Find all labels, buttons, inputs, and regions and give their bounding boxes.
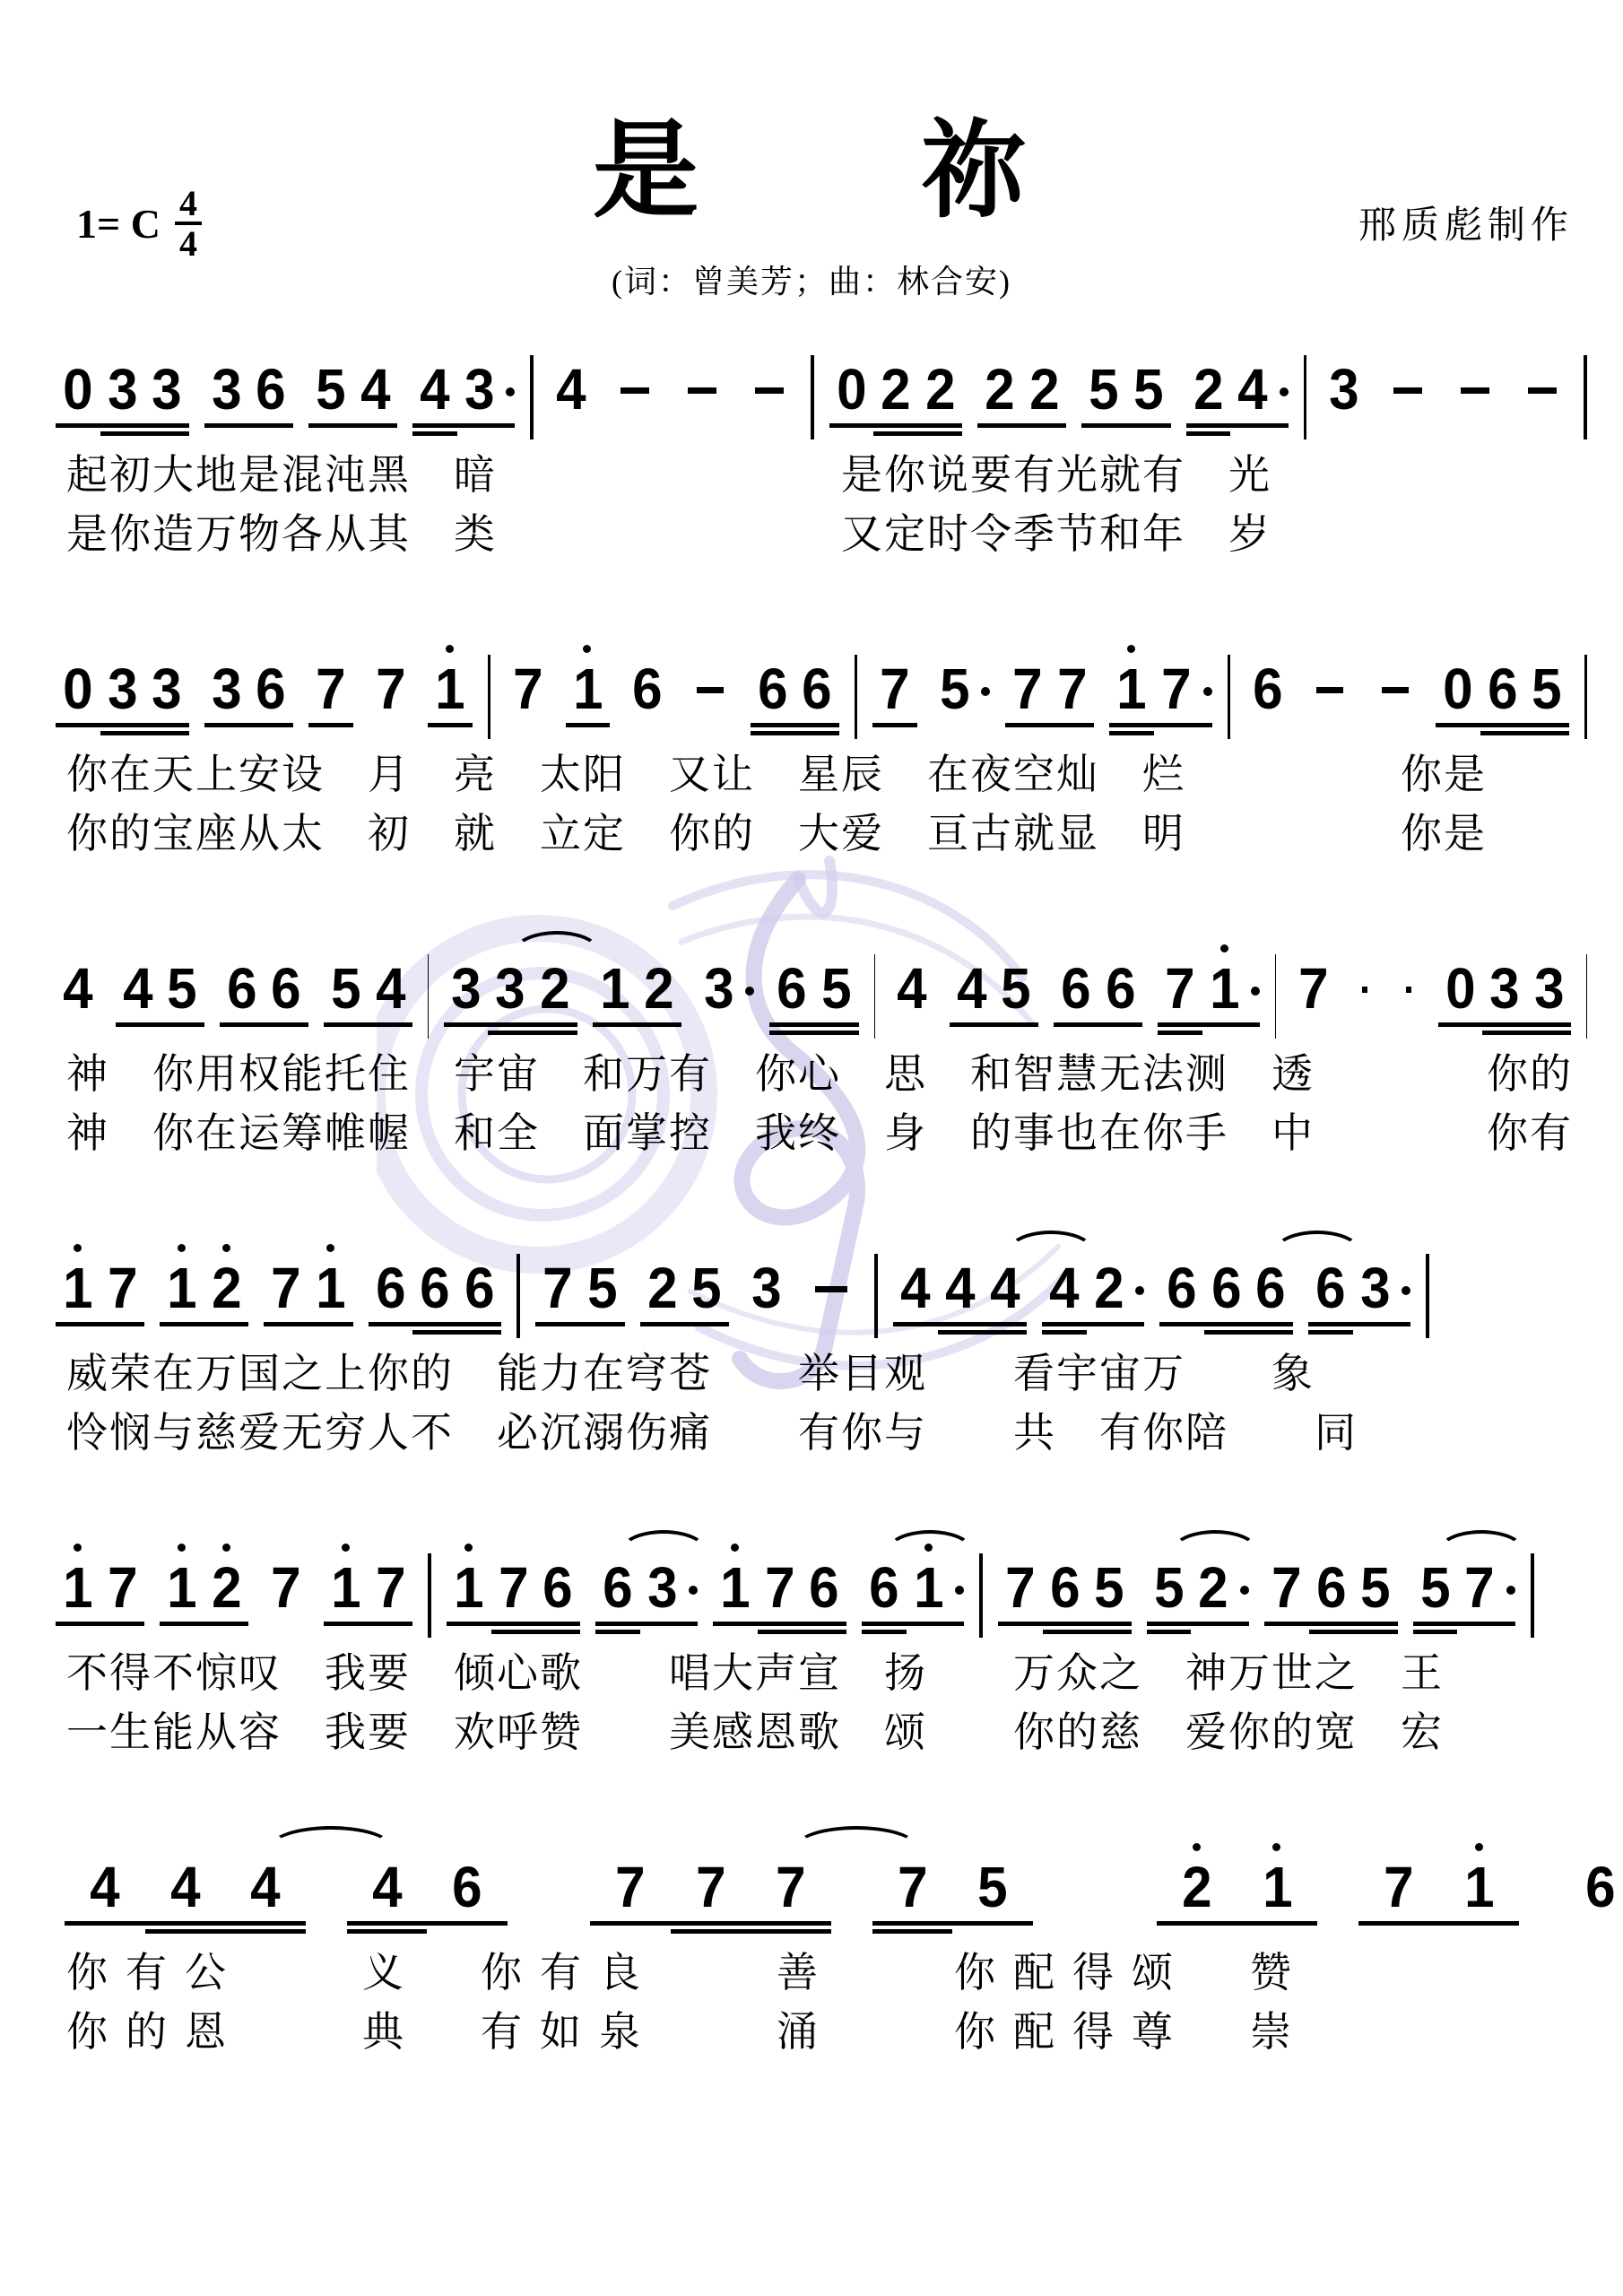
notation-line: 171271717663176617655276557 (56, 1521, 1587, 1643)
note-digit: 6 (1316, 1559, 1346, 1616)
beamed-note-group: 4 (549, 361, 594, 418)
beam-line-icon (1309, 1622, 1354, 1626)
note-digit: 6 (758, 660, 787, 717)
beamed-note-group: 332 (444, 960, 577, 1017)
note: 6 (1204, 1259, 1249, 1317)
note: 6 (264, 960, 308, 1017)
note: 6 (1098, 960, 1143, 1017)
dotted-note-icon (1280, 387, 1289, 396)
beam-line-icon (457, 1330, 502, 1335)
beam-line-icon (814, 1031, 859, 1035)
note: 4 (1042, 1259, 1087, 1317)
beam-line-icon (802, 1622, 846, 1626)
note: 1 (308, 1259, 353, 1317)
note-digit: 5 (940, 660, 969, 717)
note-digit: 2 (1199, 1559, 1228, 1616)
note-digit: 5 (1154, 1559, 1184, 1616)
beam-line-icon (100, 423, 145, 428)
beam-line-icon (1186, 431, 1231, 436)
beamed-note-group: 71 (1358, 1858, 1519, 1916)
beamed-note-group: 17 (324, 1559, 412, 1616)
duration-dash-icon (1382, 687, 1409, 693)
beamed-note-group: 5 (933, 660, 991, 717)
note: 4 (56, 960, 100, 1017)
note: 7 (100, 1259, 145, 1317)
note-digit: 4 (556, 361, 586, 418)
beam-line-icon (160, 1022, 204, 1027)
note-digit: 7 (376, 660, 405, 717)
barline-icon (428, 954, 429, 1039)
beam-line-icon (457, 1322, 502, 1326)
beamed-note-group: 17 (1109, 660, 1211, 717)
beam-line-icon (1054, 1022, 1098, 1027)
note-digit: 6 (632, 660, 662, 717)
note: 5 (933, 660, 991, 717)
note-digit: 6 (542, 1559, 572, 1616)
system-1: 03336544340222255243起初大地是混沌黑 暗 是你说要有光就有 … (56, 323, 1587, 563)
note: 7 (491, 1559, 536, 1616)
note-digit: 4 (1049, 1259, 1079, 1317)
note: 4 (65, 1858, 145, 1916)
note-digit: 3 (1489, 960, 1519, 1017)
note-digit: 2 (1182, 1858, 1211, 1916)
beam-line-icon (1237, 1921, 1318, 1926)
note-digit: 6 (376, 1259, 405, 1317)
duration-dash-icon (1316, 687, 1343, 693)
dotted-note-icon (1240, 1586, 1249, 1595)
beam-line-icon (308, 1322, 353, 1326)
note: 1 (428, 660, 473, 717)
beam-line-icon (56, 1322, 100, 1326)
note: 4 (893, 1259, 938, 1317)
time-numerator: 4 (175, 187, 202, 222)
note-digit: 1 (573, 660, 603, 717)
system-5: 171271717663176617655276557不得不惊叹 我要 倾心歌 … (56, 1521, 1587, 1761)
beam-line-icon (1202, 1022, 1261, 1027)
note-digit: 4 (250, 1858, 280, 1916)
notation-line: 03336771716667577176065 (56, 622, 1587, 744)
beam-line-icon (1159, 1322, 1204, 1326)
note-digit: 1 (63, 1259, 92, 1317)
note: 2 (977, 361, 1022, 418)
beamed-note-group: 43 (412, 361, 515, 418)
note-digit: 6 (869, 1559, 898, 1616)
beam-line-icon (872, 1921, 953, 1926)
beam-line-icon (144, 431, 189, 436)
lyrics-row-2: 怜悯与慈爱无穷人不 必沉溺伤痛 有你与 共 有你陪 同 (56, 1403, 1587, 1462)
note-digit: 6 (256, 660, 285, 717)
note-digit: 6 (777, 960, 806, 1017)
note: 7 (1264, 1559, 1309, 1616)
note-digit: 7 (1012, 660, 1042, 717)
beam-line-icon (1147, 1630, 1192, 1634)
beam-line-icon (428, 723, 473, 727)
note: 4 (145, 1858, 226, 1916)
beamed-note-group: 55 (1081, 361, 1170, 418)
dotted-note-icon (689, 1586, 698, 1595)
beam-line-icon (751, 731, 795, 735)
note-digit: 5 (1532, 660, 1561, 717)
beam-line-icon (100, 1322, 145, 1326)
beam-line-icon (264, 1322, 308, 1326)
note: 5 (324, 960, 369, 1017)
note-digit: 5 (821, 960, 851, 1017)
beamed-note-group: 7 (872, 660, 917, 717)
note-digit: 7 (765, 1559, 794, 1616)
beamed-note-group: 12 (593, 960, 681, 1017)
beamed-note-group: 4 (890, 960, 934, 1017)
note-digit: 2 (1193, 361, 1223, 418)
beam-line-icon (369, 1322, 413, 1326)
note-digit: 2 (212, 1259, 241, 1317)
note: 5 (994, 960, 1038, 1017)
note-digit: 7 (108, 1559, 137, 1616)
note-digit: 4 (170, 1858, 200, 1916)
beam-line-icon (144, 731, 189, 735)
note-digit: 7 (316, 660, 345, 717)
beam-line-icon (1480, 723, 1525, 727)
barline-icon (1426, 1254, 1429, 1338)
note: 7 (506, 660, 551, 717)
beam-line-icon (950, 1022, 994, 1027)
beamed-note-group: 033 (1438, 960, 1572, 1017)
note: 6 (248, 361, 293, 418)
beam-line-icon (751, 1921, 831, 1926)
note: 4 (353, 361, 398, 418)
beam-line-icon (369, 1622, 413, 1626)
beam-line-icon (862, 1630, 907, 1634)
beam-line-icon (457, 423, 516, 428)
beamed-note-group: 45 (950, 960, 1038, 1017)
beam-line-icon (1230, 423, 1289, 428)
beam-line-icon (580, 1322, 625, 1326)
beam-line-icon (1043, 1630, 1088, 1634)
note: 6 (769, 960, 814, 1017)
note-digit: 7 (1165, 960, 1194, 1017)
note: 6 (751, 660, 795, 717)
note-digit: 2 (925, 361, 955, 418)
lyrics-row-2: 你的恩 典 有如泉 涌 你配得尊 崇 (56, 2002, 1587, 2061)
note: 3 (100, 361, 145, 418)
beamed-note-group: 7 (369, 660, 413, 717)
note: 7 (1154, 660, 1212, 717)
barline-icon (488, 655, 490, 739)
beamed-note-group: 65 (769, 960, 858, 1017)
note-digit: 1 (167, 1259, 196, 1317)
notation-line: 03336544340222255243 (56, 323, 1587, 445)
time-signature: 4 4 (175, 187, 202, 261)
note-digit: 4 (90, 1858, 119, 1916)
beam-line-icon (447, 1622, 491, 1626)
note-digit: 6 (1585, 1858, 1615, 1916)
note-digit: 5 (167, 960, 196, 1017)
note: 7 (751, 1858, 831, 1916)
beamed-note-group: 7 (264, 1559, 308, 1616)
beamed-note-group: 17 (56, 1559, 144, 1616)
note: 7 (872, 660, 917, 717)
octave-dot-icon (583, 645, 591, 653)
beam-line-icon (56, 1622, 100, 1626)
note-digit: 7 (615, 1858, 645, 1916)
note-digit: 3 (1534, 960, 1564, 1017)
duration-dash-icon (1461, 387, 1489, 394)
note: 7 (369, 1559, 413, 1616)
beam-line-icon (1353, 1622, 1398, 1626)
beam-line-icon (873, 423, 918, 428)
note-digit: 4 (900, 1259, 930, 1317)
beam-line-icon (533, 1022, 577, 1027)
beam-line-icon (264, 1022, 308, 1027)
beam-line-icon (893, 1322, 938, 1326)
note-digit: 3 (1330, 361, 1359, 418)
beam-line-icon (100, 1622, 145, 1626)
note-digit: 1 (1464, 1858, 1494, 1916)
note: 5 (684, 1259, 729, 1317)
note-digit: 4 (957, 960, 986, 1017)
beam-line-icon (1087, 1622, 1132, 1626)
beam-line-icon (671, 1921, 751, 1926)
beam-line-icon (204, 1622, 249, 1626)
note: 6 (1054, 960, 1098, 1017)
note: 5 (1081, 361, 1126, 418)
note-digit: 7 (108, 1259, 137, 1317)
beam-line-icon (862, 1622, 907, 1626)
beam-line-icon (1457, 1622, 1515, 1626)
beam-line-icon (427, 1921, 508, 1926)
note: 1 (160, 1259, 204, 1317)
beamed-note-group: 71 (1158, 960, 1260, 1017)
note: 7 (308, 660, 353, 717)
beam-line-icon (713, 1622, 758, 1626)
note: 2 (918, 361, 963, 418)
note: 2 (204, 1259, 249, 1317)
note: 4 (938, 1259, 983, 1317)
beamed-note-group: 42 (1042, 1259, 1144, 1317)
beam-line-icon (248, 423, 293, 428)
note-digit: 6 (1488, 660, 1517, 717)
note-digit: 3 (464, 361, 494, 418)
note: 3 (488, 960, 533, 1017)
beamed-note-group: 45 (116, 960, 204, 1017)
beam-line-icon (751, 1929, 831, 1934)
note-digit: 4 (63, 960, 92, 1017)
beam-line-icon (65, 1921, 145, 1926)
beam-line-icon (535, 1322, 580, 1326)
note-digit: 7 (513, 660, 542, 717)
note: 6 (412, 1259, 457, 1317)
note: 0 (1438, 960, 1483, 1017)
note: 5 (580, 1259, 625, 1317)
lyrics-row-2: 你的宝座从太 初 就 立定 你的 大爱 亘古就显 明 你是 (56, 804, 1587, 863)
beam-line-icon (1353, 1630, 1398, 1634)
beam-line-icon (204, 723, 249, 727)
beam-line-icon (1308, 1322, 1353, 1326)
beamed-note-group: 36 (204, 361, 293, 418)
note: 2 (1191, 1559, 1249, 1616)
note: 0 (1436, 660, 1480, 717)
beam-line-icon (100, 731, 145, 735)
lyrics-row-1: 威荣在万国之上你的 能力在穹苍 举目观 看宇宙万 象 (56, 1344, 1587, 1403)
beam-line-icon (444, 1022, 489, 1027)
beam-line-icon (1353, 1322, 1411, 1326)
note: 1 (447, 1559, 491, 1616)
beamed-note-group: 1 (428, 660, 473, 717)
beamed-note-group: 6 (1245, 660, 1290, 717)
beam-line-icon (1022, 423, 1067, 428)
note-digit: 6 (464, 1259, 494, 1317)
dotted-note-icon (1251, 987, 1260, 996)
note: 3 (204, 361, 249, 418)
note: 3 (204, 660, 249, 717)
beam-line-icon (872, 1929, 953, 1934)
note: 2 (1022, 361, 1067, 418)
beam-line-icon (1154, 723, 1212, 727)
duration-dash-icon (1406, 987, 1411, 993)
lyrics-row-2: 是你造万物各从其 类 又定时令季节和年 岁 (56, 504, 1587, 563)
beamed-note-group: 3 (1322, 361, 1367, 418)
beam-line-icon (1098, 1022, 1143, 1027)
note: 3 (1353, 1259, 1411, 1317)
beam-line-icon (1081, 423, 1126, 428)
note: 0 (829, 361, 874, 418)
note-digit: 7 (499, 1559, 528, 1616)
beam-line-icon (1413, 1630, 1458, 1634)
octave-dot-icon (1220, 944, 1228, 952)
note-digit: 5 (1094, 1559, 1124, 1616)
note-digit: 1 (1116, 660, 1146, 717)
beam-line-icon (1413, 1622, 1458, 1626)
note: 6 (248, 660, 293, 717)
note: 6 (1043, 1559, 1088, 1616)
beam-line-icon (56, 423, 100, 428)
note-digit: 3 (108, 361, 137, 418)
dotted-note-icon (981, 687, 990, 696)
subtitle: (词：曾美芳；曲：林合安) (0, 257, 1623, 302)
beam-line-icon (535, 1630, 580, 1634)
beam-line-icon (1308, 1330, 1353, 1335)
note: 7 (1050, 660, 1095, 717)
sheet-music-page: 是 祢 1= C 4 4 邢质彪制作 (词：曾美芳；曲：林合安) 0333654… (0, 0, 1623, 2296)
score: 03336544340222255243起初大地是混沌黑 暗 是你说要有光就有 … (56, 323, 1587, 2120)
note-digit: 6 (271, 960, 300, 1017)
note: 7 (1457, 1559, 1515, 1616)
note-digit: 6 (1256, 1259, 1286, 1317)
note-digit: 0 (1445, 960, 1475, 1017)
note-digit: 3 (704, 960, 733, 1017)
note: 7 (100, 1559, 145, 1616)
beamed-note-group: 52 (1147, 1559, 1249, 1616)
duration-dash-icon (697, 687, 724, 693)
barline-icon (1584, 355, 1587, 439)
beam-line-icon (204, 423, 249, 428)
note-digit: 6 (1315, 1259, 1345, 1317)
note: 6 (794, 660, 839, 717)
barline-icon (428, 1553, 431, 1638)
note-digit: 7 (376, 1559, 405, 1616)
note-digit: 4 (1237, 361, 1267, 418)
dotted-note-icon (955, 1586, 964, 1595)
notation-line: 444467777521716 (56, 1821, 1587, 1943)
beam-line-icon (1309, 1630, 1354, 1634)
beam-line-icon (100, 431, 145, 436)
beam-line-icon (347, 1921, 428, 1926)
octave-dot-icon (1475, 1843, 1483, 1851)
note: 3 (697, 960, 755, 1017)
note-digit: 3 (212, 660, 241, 717)
system-4: 171271666752534444266663威荣在万国之上你的 能力在穹苍 … (56, 1222, 1587, 1462)
note-digit: 1 (331, 1559, 360, 1616)
note: 6 (1159, 1259, 1204, 1317)
beamed-note-group: 7 (506, 660, 551, 717)
note: 5 (952, 1858, 1033, 1916)
beam-line-icon (225, 1921, 306, 1926)
note-digit: 2 (985, 361, 1014, 418)
beam-line-icon (1436, 723, 1480, 727)
beam-line-icon (1482, 1022, 1527, 1027)
lyrics-row-2: 神 你在运筹帷幄 和全 面掌控 我终 身 的事也在你手 中 你有 (56, 1103, 1587, 1162)
note-digit: 0 (837, 361, 866, 418)
barline-icon (1584, 655, 1587, 739)
barline-icon (874, 954, 875, 1039)
note: 5 (1413, 1559, 1458, 1616)
note-digit: 2 (1094, 1259, 1124, 1317)
beamed-note-group: 176 (713, 1559, 846, 1616)
barline-icon (979, 1553, 983, 1638)
note: 3 (744, 1259, 789, 1317)
beamed-note-group: 666 (369, 1259, 502, 1317)
beam-line-icon (814, 1022, 859, 1027)
note: 6 (457, 1259, 502, 1317)
beamed-note-group: 065 (1436, 660, 1569, 717)
beam-line-icon (769, 1022, 814, 1027)
beam-line-icon (1158, 1022, 1202, 1027)
note: 5 (1087, 1559, 1132, 1616)
duration-dash-icon (688, 387, 716, 394)
note-digit: 6 (603, 1559, 632, 1616)
note: 3 (1322, 361, 1367, 418)
duration-dash-icon (755, 387, 784, 394)
octave-dot-icon (178, 1244, 186, 1252)
beam-line-icon (1109, 731, 1154, 735)
note: 7 (671, 1858, 751, 1916)
note: 2 (533, 960, 577, 1017)
beam-line-icon (1264, 1622, 1309, 1626)
beamed-note-group: 3 (744, 1259, 789, 1317)
note: 1 (713, 1559, 758, 1616)
beamed-note-group: 033 (56, 361, 189, 418)
beamed-note-group: 444 (893, 1259, 1027, 1317)
beamed-note-group: 61 (862, 1559, 964, 1616)
note-digit: 7 (696, 1858, 725, 1916)
note-digit: 6 (256, 361, 285, 418)
beam-line-icon (918, 423, 963, 428)
octave-dot-icon (731, 1544, 739, 1552)
beam-line-icon (488, 1022, 533, 1027)
octave-dot-icon (222, 1244, 230, 1252)
beam-line-icon (1087, 1630, 1132, 1634)
beamed-note-group: 765 (1264, 1559, 1398, 1616)
beam-line-icon (248, 723, 293, 727)
beamed-note-group: 7 (308, 660, 353, 717)
beamed-note-group: 75 (872, 1858, 1033, 1916)
beam-line-icon (412, 423, 457, 428)
note-digit: 5 (1133, 361, 1163, 418)
beam-line-icon (640, 1322, 685, 1326)
notation-line: 44566543321236544566717033 (56, 922, 1587, 1044)
note-digit: 1 (914, 1559, 943, 1616)
note-digit: 6 (1167, 1259, 1196, 1317)
beam-line-icon (593, 1022, 638, 1027)
